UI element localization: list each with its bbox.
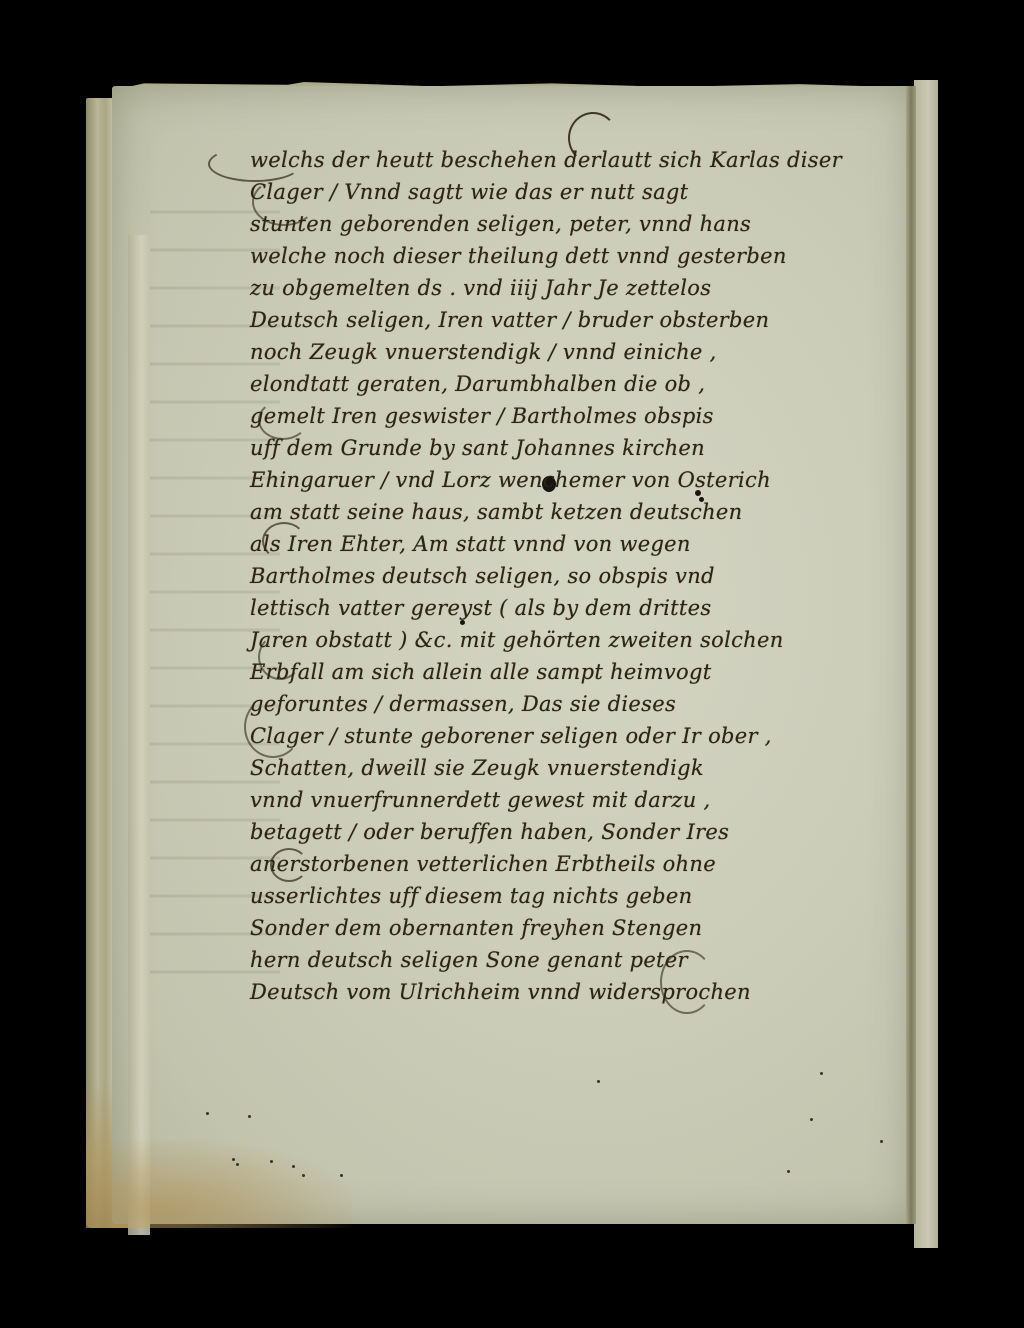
manuscript-line: Deutsch seligen, Iren vatter / bruder ob… bbox=[250, 308, 769, 332]
manuscript-line: betagett / oder beruffen haben, Sonder I… bbox=[250, 820, 729, 844]
manuscript-line: noch Zeugk vnuerstendigk / vnnd einiche … bbox=[250, 340, 717, 364]
manuscript-line: stunten geborenden seligen, peter, vnnd … bbox=[250, 212, 751, 236]
binding-gutter bbox=[906, 86, 916, 1224]
manuscript-line: elondtatt geraten, Darumbhalben die ob , bbox=[250, 372, 705, 396]
manuscript-line: welche noch dieser theilung dett vnnd ge… bbox=[250, 244, 787, 268]
manuscript-line: Bartholmes deutsch seligen, so obspis vn… bbox=[250, 564, 715, 588]
manuscript-line: Clager / Vnnd sagtt wie das er nutt sagt bbox=[250, 180, 688, 204]
ink-blot-dot-two bbox=[460, 620, 465, 625]
right-bound-leaf bbox=[914, 80, 938, 1248]
manuscript-line: Jaren obstatt ) &c. mit gehörten zweiten… bbox=[250, 628, 784, 652]
manuscript-line: Schatten, dweill sie Zeugk vnuerstendigk bbox=[250, 756, 704, 780]
manuscript-line: gemelt Iren geswister / Bartholmes obspi… bbox=[250, 404, 714, 428]
manuscript-line: geforuntes / dermassen, Das sie dieses bbox=[250, 692, 676, 716]
manuscript-line: zu obgemelten ds . vnd iiij Jahr Je zett… bbox=[250, 276, 711, 300]
water-stain bbox=[112, 1140, 352, 1228]
manuscript-line: vnnd vnuerfrunnerdett gewest mit darzu , bbox=[250, 788, 711, 812]
manuscript-line: welchs der heutt beschehen derlautt sich… bbox=[250, 148, 842, 172]
folded-leaf-edge bbox=[128, 235, 150, 1235]
manuscript-line: usserlichtes uff diesem tag nichts geben bbox=[250, 884, 692, 908]
manuscript-line: als Iren Ehter, Am statt vnnd von wegen bbox=[250, 532, 691, 556]
manuscript-line: Sonder dem obernanten freyhen Stengen bbox=[250, 916, 702, 940]
manuscript-line: hern deutsch seligen Sone genant peter bbox=[250, 948, 688, 972]
manuscript-line: Clager / stunte geborener seligen oder I… bbox=[250, 724, 772, 748]
manuscript-line: anerstorbenen vetterlichen Erbtheils ohn… bbox=[250, 852, 716, 876]
manuscript-line: Ehingaruer / vnd Lorz wenchemer von Oste… bbox=[250, 468, 771, 492]
scan-background: welchs der heutt beschehen derlautt sich… bbox=[0, 0, 1024, 1328]
manuscript-line: Deutsch vom Ulrichheim vnnd widersproche… bbox=[250, 980, 751, 1004]
manuscript-line: uff dem Grunde by sant Johannes kirchen bbox=[250, 436, 705, 460]
manuscript-line: Erbfall am sich allein alle sampt heimvo… bbox=[250, 660, 711, 684]
manuscript-line: am statt seine haus, sambt ketzen deutsc… bbox=[250, 500, 742, 524]
manuscript-line: lettisch vatter gereyst ( als by dem dri… bbox=[250, 596, 711, 620]
